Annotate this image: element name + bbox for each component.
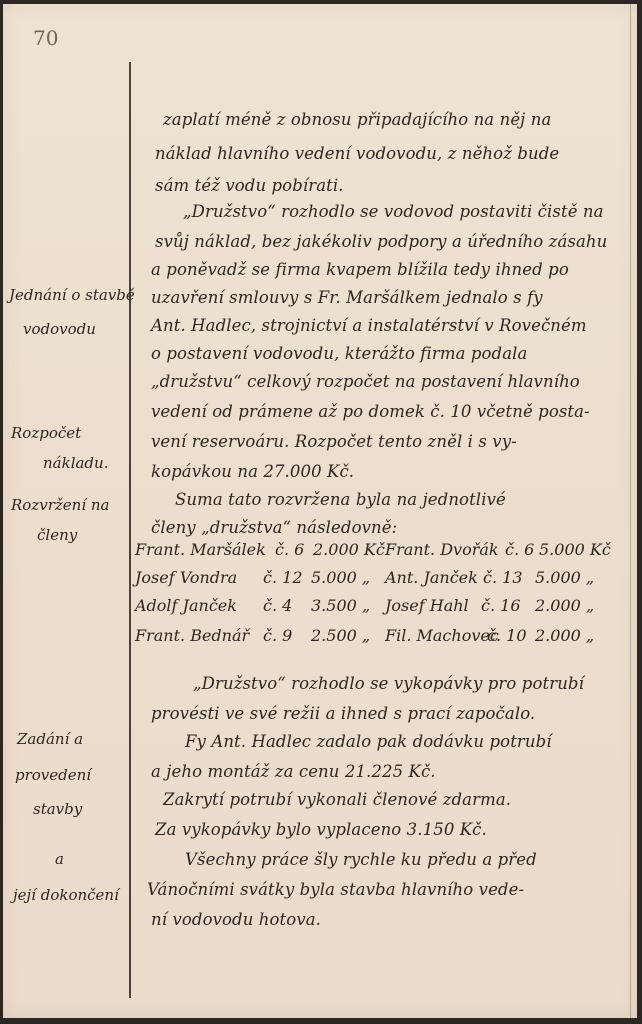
- member-name-2: Josef Hahl: [385, 596, 469, 615]
- member-house-2: č. 6: [505, 540, 534, 559]
- member-name-2: Ant. Janček: [385, 568, 478, 587]
- member-name: Frant. Bednář: [135, 626, 249, 645]
- body-line: „družstvu“ celkový rozpočet na postavení…: [151, 372, 580, 391]
- body-line: Zakrytí potrubí vykonali členové zdarma.: [163, 790, 511, 809]
- body-line: a jeho montáž za cenu 21.225 Kč.: [151, 762, 436, 781]
- body-line: Fy Ant. Hadlec zadalo pak dodávku potrub…: [185, 732, 552, 751]
- member-name: Josef Vondra: [135, 568, 237, 587]
- member-name: Adolf Janček: [135, 596, 237, 615]
- body-line: provésti ve své režii a ihned s prací za…: [151, 704, 535, 723]
- body-line: ní vodovodu hotova.: [151, 910, 321, 929]
- member-amount: 3.500 „: [311, 596, 370, 615]
- margin-rule: [129, 62, 131, 998]
- body-line: zaplatí méně z obnosu připadajícího na n…: [163, 110, 551, 129]
- body-line: „Družstvo“ rozhodlo se vodovod postaviti…: [183, 202, 604, 221]
- member-amount: 5.000 „: [311, 568, 370, 587]
- body-line: Všechny práce šly rychle ku předu a před: [185, 850, 537, 869]
- margin-note-3-line-2: členy: [37, 526, 77, 544]
- body-line: uzavření smlouvy s Fr. Maršálkem jednalo…: [151, 288, 543, 307]
- body-line: Za vykopávky bylo vyplaceno 3.150 Kč.: [155, 820, 487, 839]
- body-line: vedení od prámene až po domek č. 10 včet…: [151, 402, 590, 421]
- body-line: Suma tato rozvržena byla na jednotlivé: [175, 490, 506, 509]
- page-number: 70: [33, 26, 58, 50]
- member-name-2: Frant. Dvořák: [385, 540, 499, 559]
- body-line: náklad hlavního vedení vodovodu, z něhož…: [155, 144, 559, 163]
- margin-note-1-line-2: vodovodu: [23, 320, 96, 338]
- body-line: kopávkou na 27.000 Kč.: [151, 462, 354, 481]
- body-line: „Družstvo“ rozhodlo se vykopávky pro pot…: [193, 674, 584, 693]
- member-house-2: č. 10: [487, 626, 527, 645]
- margin-note-1-line-1: Jednání o stavbě: [9, 286, 135, 304]
- body-line: sám též vodu pobírati.: [155, 176, 344, 195]
- member-amount: 2.000 Kč: [313, 540, 385, 559]
- body-line: o postavení vodovodu, kterážto firma pod…: [151, 344, 527, 363]
- margin-note-4-line-3: stavby: [33, 800, 82, 818]
- margin-note-4-line-2: provedení: [15, 766, 91, 784]
- margin-note-4-line-4: a: [55, 850, 64, 868]
- member-amount-2: 5.000 Kč: [539, 540, 611, 559]
- member-house: č. 6: [275, 540, 304, 559]
- member-name-2: Fil. Machovec: [385, 626, 499, 645]
- margin-note-4-line-1: Zadání a: [17, 730, 83, 748]
- member-house-2: č. 13: [483, 568, 523, 587]
- member-house: č. 9: [263, 626, 292, 645]
- manuscript-page: 70 Jednání o stavbě vodovodu Rozpočet ná…: [3, 4, 637, 1018]
- page-edge: [630, 4, 631, 1018]
- margin-note-4-line-5: její dokončení: [13, 886, 119, 904]
- body-line: a poněvadž se firma kvapem blížila tedy …: [151, 260, 569, 279]
- body-line: Vánočními svátky byla stavba hlavního ve…: [147, 880, 524, 899]
- member-house: č. 12: [263, 568, 303, 587]
- margin-note-3-line-1: Rozvržení na: [11, 496, 109, 514]
- member-name: Frant. Maršálek: [135, 540, 266, 559]
- margin-note-2-line-1: Rozpočet: [11, 424, 81, 442]
- member-amount-2: 2.000 „: [535, 596, 594, 615]
- member-house-2: č. 16: [481, 596, 521, 615]
- body-line: svůj náklad, bez jakékoliv podpory a úře…: [155, 232, 607, 251]
- member-amount-2: 2.000 „: [535, 626, 594, 645]
- body-line: vení reservoáru. Rozpočet tento zněl i s…: [151, 432, 517, 451]
- member-house: č. 4: [263, 596, 292, 615]
- margin-note-2-line-2: nákladu.: [43, 454, 108, 472]
- body-line: členy „družstva“ následovně:: [151, 518, 397, 537]
- member-amount-2: 5.000 „: [535, 568, 594, 587]
- body-line: Ant. Hadlec, strojnictví a instalatérstv…: [151, 316, 587, 335]
- member-amount: 2.500 „: [311, 626, 370, 645]
